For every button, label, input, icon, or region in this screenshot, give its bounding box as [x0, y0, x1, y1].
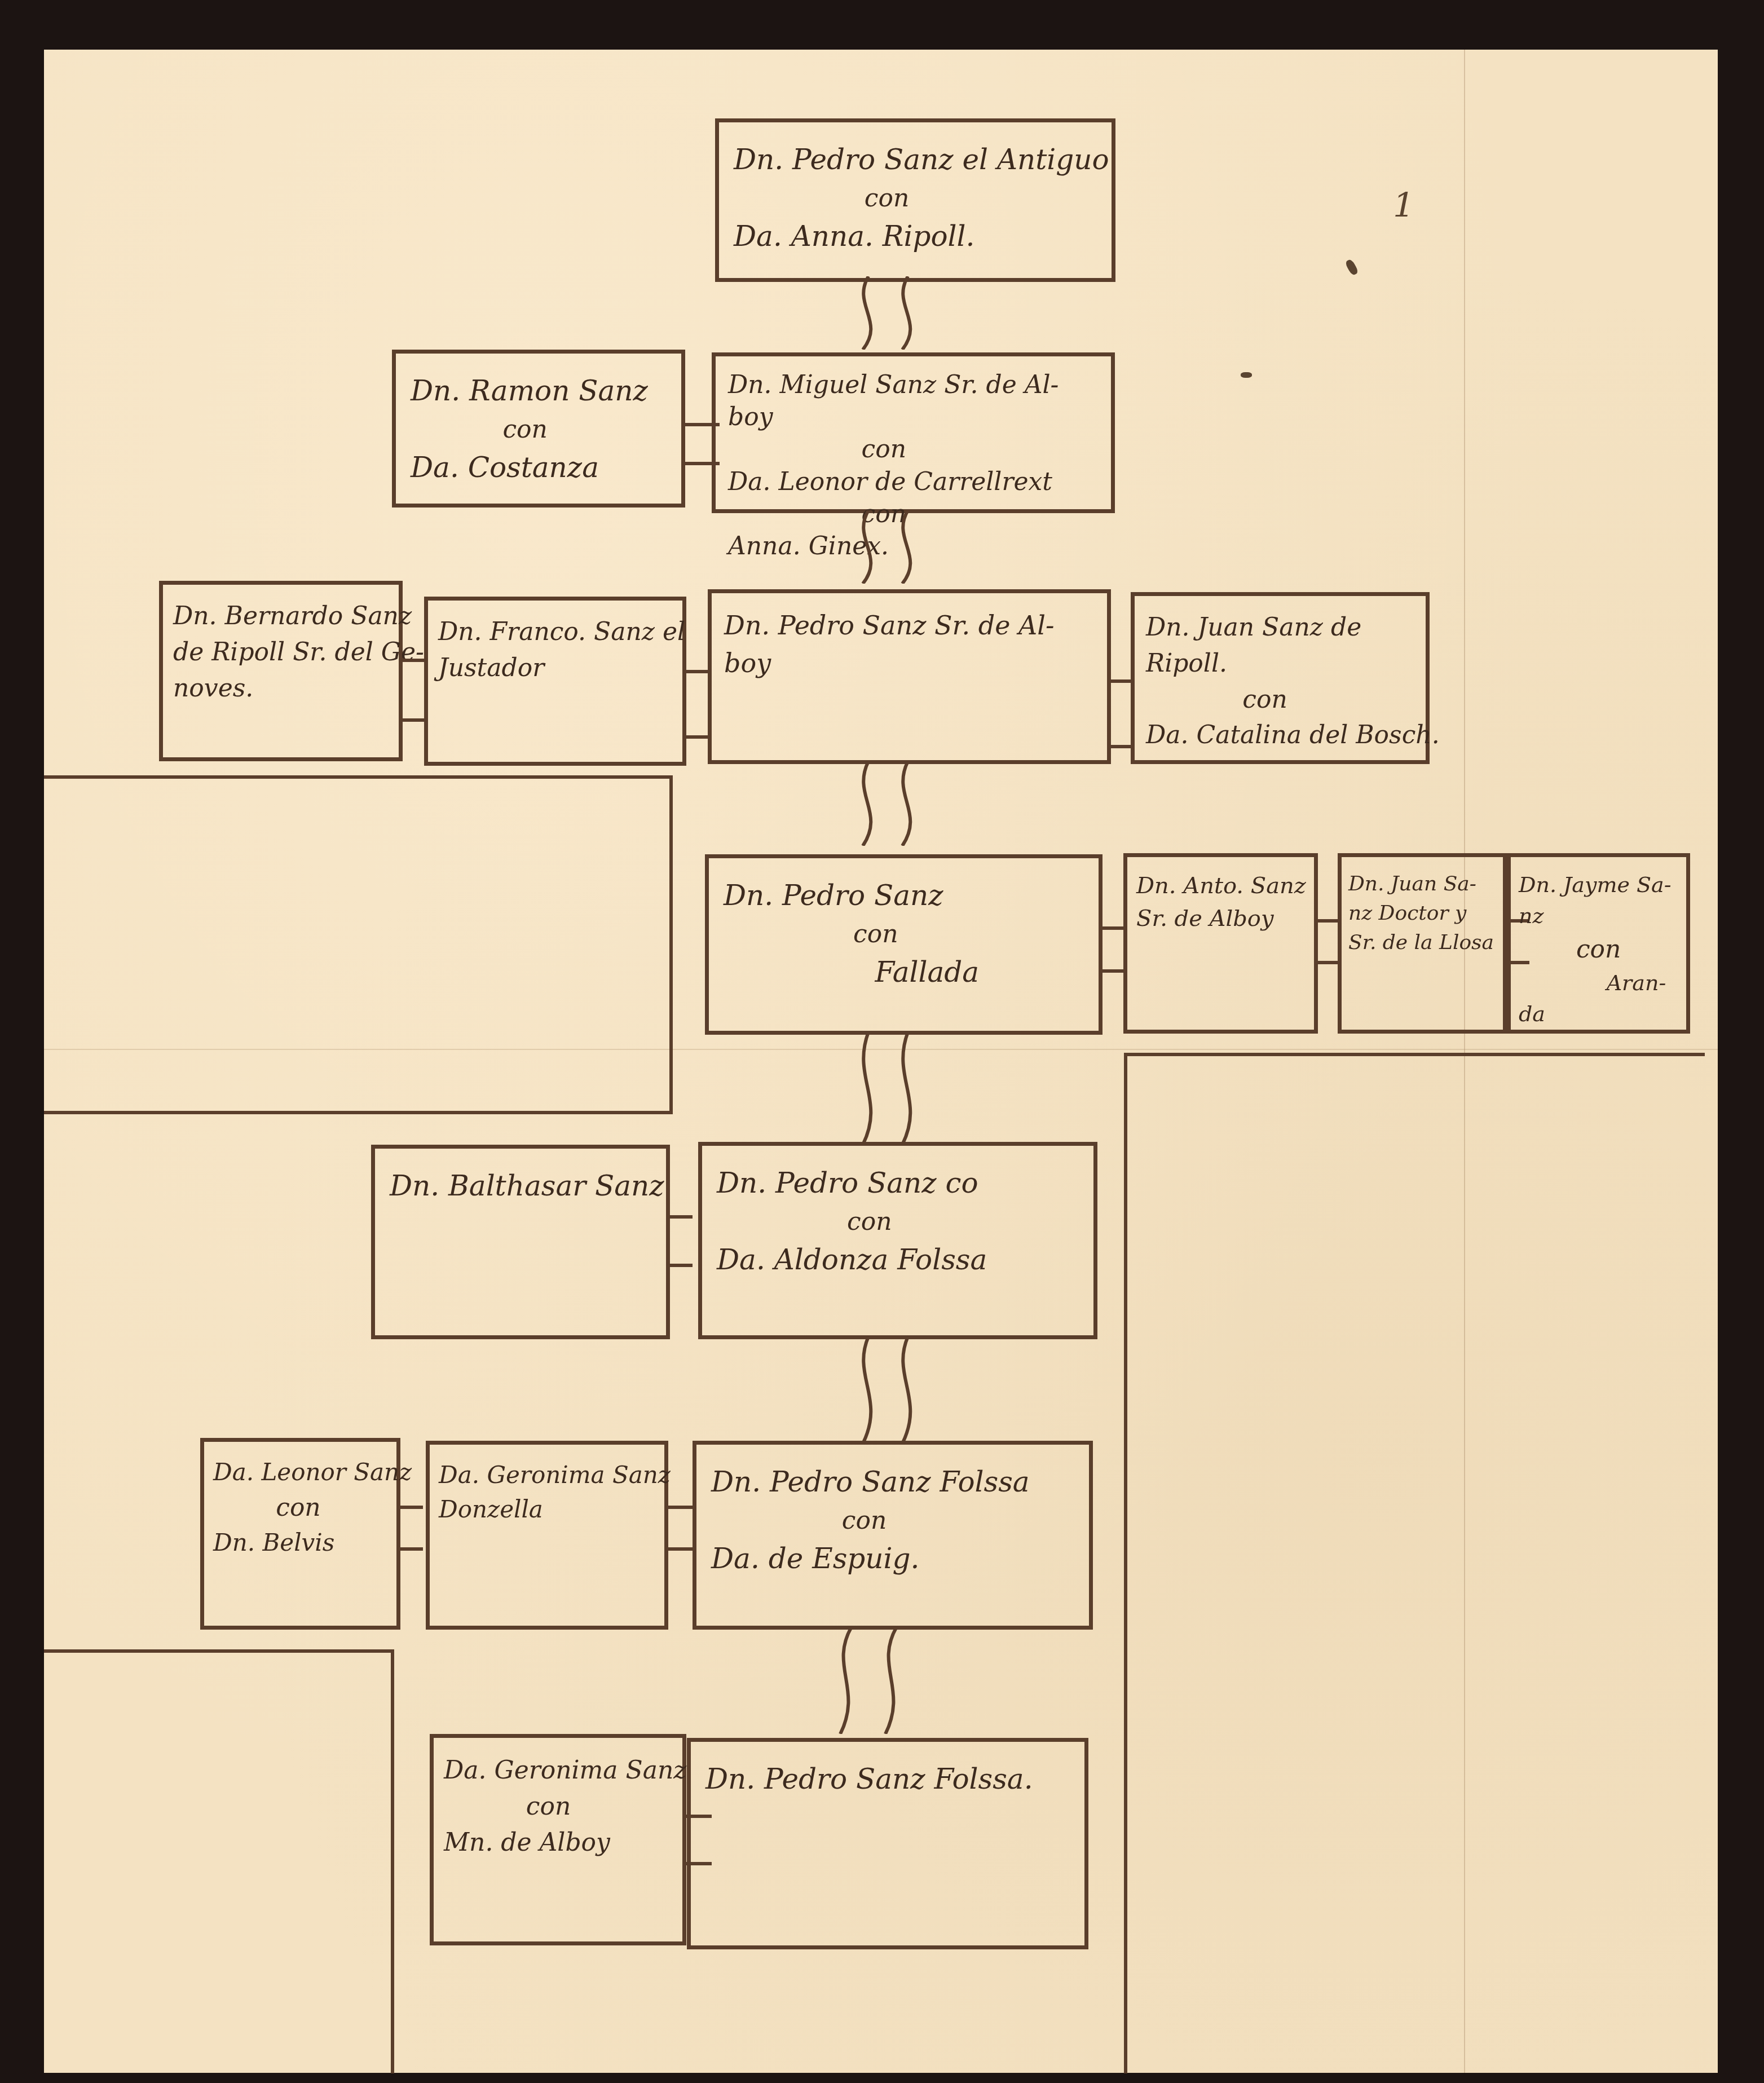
sibling-connector [1315, 919, 1340, 964]
person-box-leonor: Da. Leonor Sanz con Dn. Belvis [200, 1438, 400, 1630]
sibling-connector [398, 1506, 423, 1551]
paper-fold-vertical [1464, 50, 1465, 2073]
descent-connector [846, 1032, 936, 1145]
sibling-connector [667, 1215, 693, 1267]
person-box-jayme: Dn. Jayme Sa- nz con Aran- da [1507, 853, 1690, 1034]
sibling-connector [399, 659, 427, 722]
person-box-juan-ripoll: Dn. Juan Sanz de Ripoll. con Da. Catalin… [1131, 592, 1430, 764]
person-box-geronima-albor: Da. Geronima Sanz con Mn. de Alboy [430, 1734, 686, 1945]
person-box-pedro-albor: Dn. Pedro Sanz Sr. de Al- boy [708, 589, 1111, 764]
person-box-juan-doctor: Dn. Juan Sa- nz Doctor y Sr. de la Llosa [1338, 853, 1507, 1034]
person-box-anton-albor: Dn. Anto. Sanz Sr. de Alboy [1123, 853, 1318, 1034]
ink-blot [1241, 372, 1252, 378]
person-box-pedro-folssa-1: Dn. Pedro Sanz Folssa con Da. de Espuig. [693, 1441, 1093, 1630]
descent-connector [846, 761, 936, 846]
descent-connector [846, 276, 936, 350]
frame-line [44, 1111, 673, 1114]
frame-line [1124, 1053, 1705, 1056]
frame-line [44, 1649, 394, 1653]
page-number: 1 [1393, 186, 1414, 226]
sibling-connector [665, 1506, 694, 1551]
sibling-connector [1108, 679, 1134, 748]
person-box-pedro-antiguo: Dn. Pedro Sanz el Antiguo con Da. Anna. … [715, 118, 1115, 282]
descent-connector [846, 510, 936, 584]
person-box-balthasar: Dn. Balthasar Sanz [371, 1145, 670, 1339]
person-box-bernardo: Dn. Bernardo Sanz de Ripoll Sr. del Ge- … [159, 581, 403, 761]
person-box-pedro-folssa-2: Dn. Pedro Sanz Folssa. [687, 1738, 1088, 1949]
sibling-connector [1100, 926, 1125, 973]
frame-line [1124, 1053, 1127, 2073]
person-box-pedro-fallada: Dn. Pedro Sanz con Fallada [705, 854, 1102, 1035]
person-box-geronima-donzella: Da. Geronima Sanz Donzella [426, 1441, 668, 1630]
person-box-ramon: Dn. Ramon Sanz con Da. Costanza [392, 350, 685, 507]
descent-connector [823, 1627, 914, 1734]
descent-connector [846, 1336, 936, 1444]
person-box-pedro-aldonza: Dn. Pedro Sanz co con Da. Aldonza Folssa [698, 1142, 1097, 1339]
frame-line [44, 775, 673, 779]
person-box-miguel: Dn. Miguel Sanz Sr. de Al- boy con Da. L… [712, 352, 1115, 513]
person-box-francisco: Dn. Franco. Sanz el Justador [424, 597, 686, 766]
frame-line [391, 1649, 394, 2073]
frame-line [669, 775, 673, 1114]
